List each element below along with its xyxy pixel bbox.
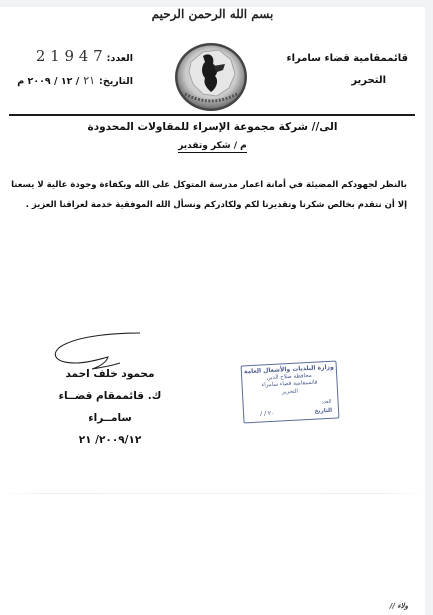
- document-page: بسم الله الرحمن الرحيم قائممقامية قضاء س…: [0, 7, 425, 615]
- reference-number-row: العدد: 2 1 9 4 7: [8, 45, 133, 70]
- issuer-block: قائممقامية قضاء سامراء التحرير: [286, 48, 408, 92]
- letter-body: بالنظر لجهودكم المضيئة في أمانة اعمار مد…: [0, 175, 407, 215]
- reference-date-day: ٢١: [83, 70, 95, 92]
- reference-date-row: التاريخ: ٢١ / ١٢ / ٢٠٠٩ م: [8, 70, 133, 93]
- stamp-number-label: العدد: [321, 398, 332, 406]
- reference-number-value: 2 1 9 4 7: [36, 45, 103, 67]
- reference-date-label: التاريخ:: [99, 71, 133, 93]
- issuer-office: قائممقامية قضاء سامراء: [286, 48, 408, 70]
- reference-number-label: العدد:: [107, 48, 133, 70]
- signer-title: ك. قائممقام قضــاء سامــراء: [40, 385, 180, 429]
- stamp-date-value: / / ٢٠: [260, 409, 275, 417]
- reference-block: العدد: 2 1 9 4 7 التاريخ: ٢١ / ١٢ / ٢٠٠٩…: [8, 45, 133, 93]
- subject-line: م / شكر وتقدير: [0, 141, 425, 151]
- signer-name: محمود خلف احمد: [40, 363, 180, 385]
- subject-text: م / شكر وتقدير: [178, 141, 247, 153]
- scan-artifact-line: [0, 493, 425, 494]
- stamp-date-label: التاريخ: [314, 407, 332, 415]
- official-stamp: وزارة البلديات والأشغال العامة محافظة صل…: [241, 361, 340, 424]
- recipient-line: الى// شركة مجموعة الإسراء للمقاولات المح…: [0, 121, 425, 133]
- emblem-logo-icon: [173, 40, 249, 112]
- reference-date-rest: / ١٢ / ٢٠٠٩ م: [17, 71, 79, 93]
- footer-note: ولاء //: [390, 602, 408, 610]
- issuer-department: التحرير: [286, 70, 386, 92]
- signer-block: محمود خلف احمد ك. قائممقام قضــاء سامــر…: [40, 363, 180, 451]
- header-divider: [9, 114, 415, 116]
- basmala-header: بسم الله الرحمن الرحيم: [0, 7, 425, 21]
- signer-date: ٢٠٠٩/١٢/ ٢١: [40, 429, 180, 451]
